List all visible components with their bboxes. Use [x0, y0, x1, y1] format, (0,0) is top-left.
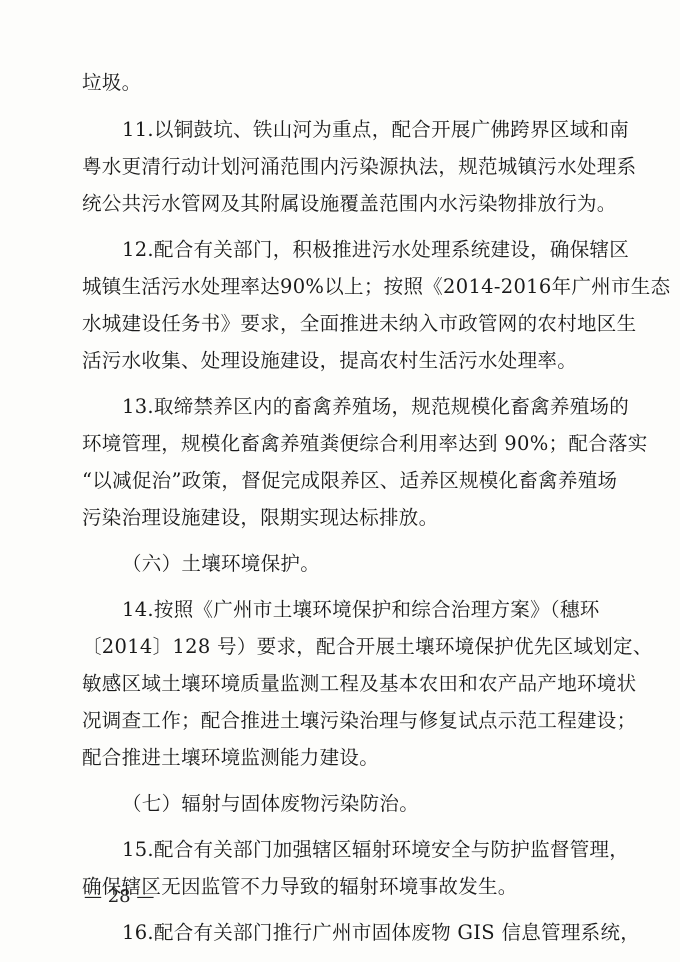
item-13-line-3: “以减促治”政策，督促完成限养区、适养区规模化畜禽养殖场 — [82, 468, 584, 494]
item-13-line-1: 13.取缔禁养区内的畜禽养殖场，规范规模化畜禽养殖场的 — [122, 394, 584, 420]
item-11-line-1: 11.以铜鼓坑、铁山河为重点，配合开展广佛跨界区域和南 — [122, 117, 584, 143]
section-6-heading: （六）土壤环境保护。 — [122, 551, 584, 577]
item-12-line-4: 活污水收集、处理设施建设，提高农村生活污水处理率。 — [82, 348, 584, 374]
item-14-line-5: 配合推进土壤环境监测能力建设。 — [82, 745, 584, 771]
item-15-line-2: 确保辖区无因监管不力导致的辐射环境事故发生。 — [82, 874, 584, 900]
item-12-line-3: 水城建设任务书》要求，全面推进未纳入市政管网的农村地区生 — [82, 311, 584, 337]
item-13-line-2: 环境管理，规模化畜禽养殖粪便综合利用率达到 90%；配合落实 — [82, 431, 584, 457]
item-11-line-3: 统公共污水管网及其附属设施覆盖范围内水污染物排放行为。 — [82, 191, 584, 217]
document-page: 垃圾。 11.以铜鼓坑、铁山河为重点，配合开展广佛跨界区域和南 粤水更清行动计划… — [0, 0, 680, 962]
section-7-heading: （七）辐射与固体废物污染防治。 — [122, 791, 584, 817]
item-14-line-1: 14.按照《广州市土壤环境保护和综合治理方案》（穗环 — [122, 597, 584, 623]
item-12-line-1: 12.配合有关部门，积极推进污水处理系统建设，确保辖区 — [122, 237, 584, 263]
page-number: — 28 — — [84, 886, 154, 908]
item-14-line-4: 况调查工作；配合推进土壤污染治理与修复试点示范工程建设； — [82, 708, 584, 734]
text-line: 垃圾。 — [82, 70, 584, 96]
item-16-line-1: 16.配合有关部门推行广州市固体废物 GIS 信息管理系统， — [122, 920, 584, 946]
item-15-line-1: 15.配合有关部门加强辖区辐射环境安全与防护监督管理， — [122, 837, 584, 863]
item-13-line-4: 污染治理设施建设，限期实现达标排放。 — [82, 505, 584, 531]
item-14-line-2: 〔2014〕128 号）要求，配合开展土壤环境保护优先区域划定、 — [82, 634, 584, 660]
item-11-line-2: 粤水更清行动计划河涌范围内污染源执法，规范城镇污水处理系 — [82, 154, 584, 180]
item-12-line-2: 城镇生活污水处理率达90%以上；按照《2014-2016年广州市生态 — [82, 274, 584, 300]
item-14-line-3: 敏感区域土壤环境质量监测工程及基本农田和农产品产地环境状 — [82, 671, 584, 697]
